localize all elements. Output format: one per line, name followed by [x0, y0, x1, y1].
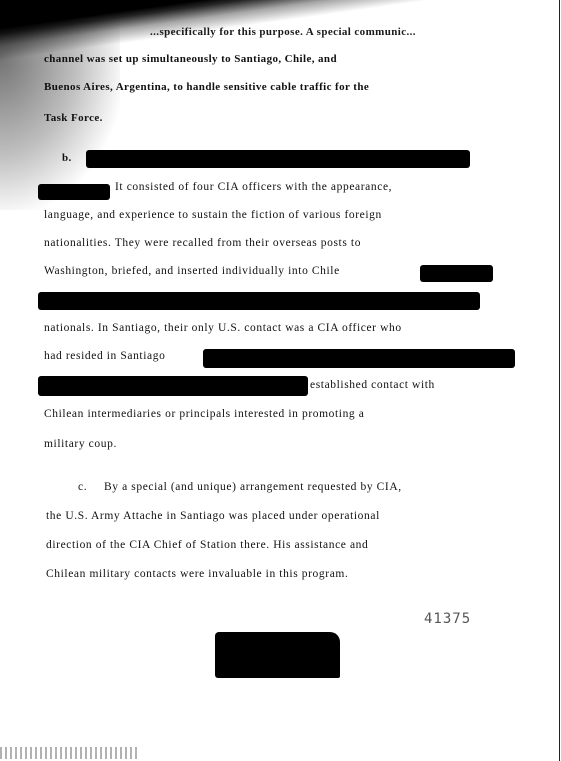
paragraph-marker: b. — [62, 152, 72, 164]
doc-line: It consisted of four CIA officers with t… — [115, 181, 392, 193]
redaction-bar — [38, 184, 110, 200]
doc-line: established contact with — [310, 379, 435, 391]
doc-line: Chilean intermediaries or principals int… — [44, 408, 364, 420]
redaction-bar — [38, 376, 308, 396]
doc-line: military coup. — [44, 438, 117, 450]
redaction-bar — [38, 292, 480, 310]
redaction-bar — [86, 150, 470, 168]
doc-line: Washington, briefed, and inserted indivi… — [44, 265, 340, 277]
doc-line: nationals. In Santiago, their only U.S. … — [44, 322, 402, 334]
doc-line: Chilean military contacts were invaluabl… — [46, 568, 348, 580]
paragraph-marker: c. — [78, 481, 87, 493]
doc-line: the U.S. Army Attache in Santiago was pl… — [46, 510, 380, 522]
redaction-bar — [203, 349, 515, 368]
doc-line: nationalities. They were recalled from t… — [44, 237, 361, 249]
page-edge-rule — [559, 0, 560, 761]
doc-line: By a special (and unique) arrangement re… — [104, 481, 402, 493]
doc-line: Buenos Aires, Argentina, to handle sensi… — [44, 81, 369, 93]
document-page: ...specifically for this purpose. A spec… — [0, 0, 561, 761]
doc-line: Task Force. — [44, 112, 103, 124]
page-number: 41375 — [424, 611, 471, 627]
doc-line: direction of the CIA Chief of Station th… — [46, 539, 368, 551]
doc-line: channel was set up simultaneously to San… — [44, 53, 337, 65]
doc-line: had resided in Santiago — [44, 350, 165, 362]
doc-line: language, and experience to sustain the … — [44, 209, 382, 221]
doc-line: ...specifically for this purpose. A spec… — [150, 26, 416, 38]
redaction-bar — [420, 265, 493, 282]
scan-noise — [0, 747, 140, 759]
redacted-classification-stamp — [215, 632, 340, 678]
